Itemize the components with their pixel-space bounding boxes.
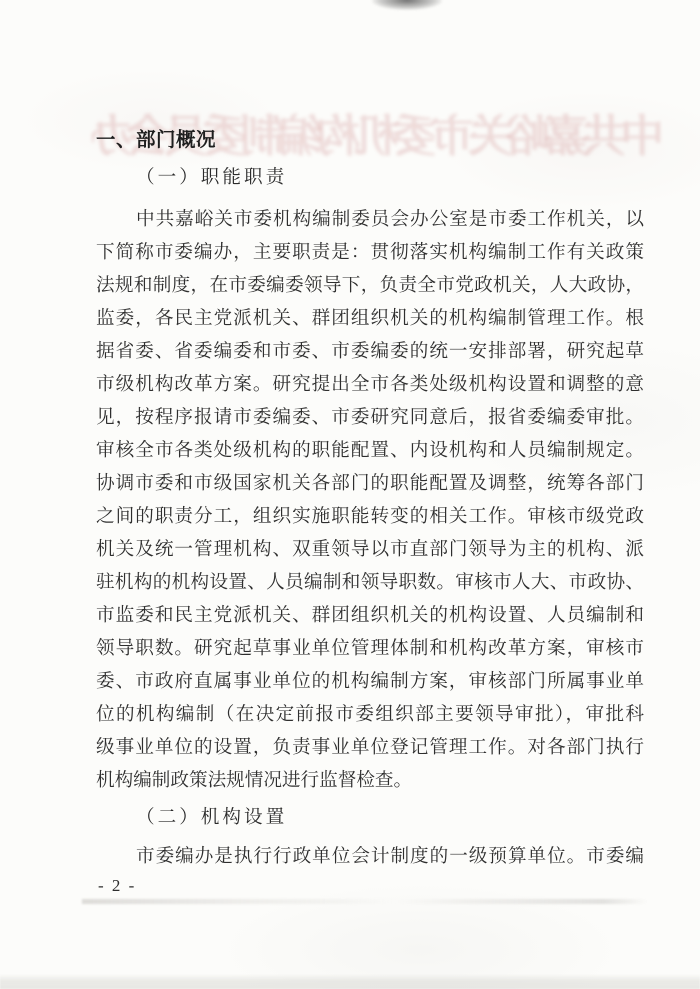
page-bottom-edge-shadow	[0, 974, 700, 989]
section-heading: 一、部门概况	[96, 129, 644, 151]
paragraph-lines: （一）职能职责中共嘉峪关市委机构编制委员会办公室是市委工作机关，以下简称市委编办…	[96, 161, 644, 873]
text-line: 位的机构编制（在决定前报市委组织部主要领导审批），审批科	[96, 698, 644, 731]
text-line: 领导职数。研究起草事业单位管理体制和机构改革方案，审核市	[96, 632, 644, 665]
scanned-document-page: 中共嘉峪关市委机构编制委员会办公室 一、部门概况 （一）职能职责中共嘉峪关市委机…	[0, 0, 700, 989]
text-line: 驻机构的机构设置、人员编制和领导职数。审核市人大、市政协、	[96, 566, 644, 599]
text-line: 机构编制政策法规情况进行监督检查。	[96, 764, 644, 797]
scanner-smudge	[372, 0, 442, 10]
text-line: 级事业单位的设置，负责事业单位登记管理工作。对各部门执行	[96, 731, 644, 764]
document-content: 一、部门概况 （一）职能职责中共嘉峪关市委机构编制委员会办公室是市委工作机关，以…	[96, 129, 644, 873]
text-line: 中共嘉峪关市委机构编制委员会办公室是市委工作机关，以	[96, 203, 644, 236]
text-line: 市级机构改革方案。研究提出全市各类处级机构设置和调整的意	[96, 368, 644, 401]
text-line: 协调市委和市级国家机关各部门的职能配置及调整，统筹各部门	[96, 467, 644, 500]
page-number: - 2 -	[98, 877, 136, 895]
scan-artifact-line	[82, 899, 648, 904]
text-line: 监委，各民主党派机关、群团组织机关的机构编制管理工作。根	[96, 302, 644, 335]
text-line: 机关及统一管理机构、双重领导以市直部门领导为主的机构、派	[96, 533, 644, 566]
text-line: 下简称市委编办，主要职责是：贯彻落实机构编制工作有关政策	[96, 236, 644, 269]
subsection-heading: （一）职能职责	[96, 161, 644, 194]
text-line: 之间的职责分工，组织实施职能转变的相关工作。审核市级党政	[96, 500, 644, 533]
text-line: 据省委、省委编委和市委、市委编委的统一安排部署，研究起草	[96, 335, 644, 368]
text-line: 市委编办是执行行政单位会计制度的一级预算单位。市委编	[96, 840, 644, 873]
text-line: 法规和制度，在市委编委领导下，负责全市党政机关，人大政协，	[96, 269, 644, 302]
text-line: 委、市政府直属事业单位的机构编制方案，审核部门所属事业单	[96, 665, 644, 698]
subsection-heading: （二）机构设置	[96, 801, 644, 834]
text-line: 市监委和民主党派机关、群团组织机关的机构设置、人员编制和	[96, 599, 644, 632]
text-line: 见，按程序报请市委编委、市委研究同意后，报省委编委审批。	[96, 401, 644, 434]
text-line: 审核全市各类处级机构的职能配置、内设机构和人员编制规定。	[96, 434, 644, 467]
